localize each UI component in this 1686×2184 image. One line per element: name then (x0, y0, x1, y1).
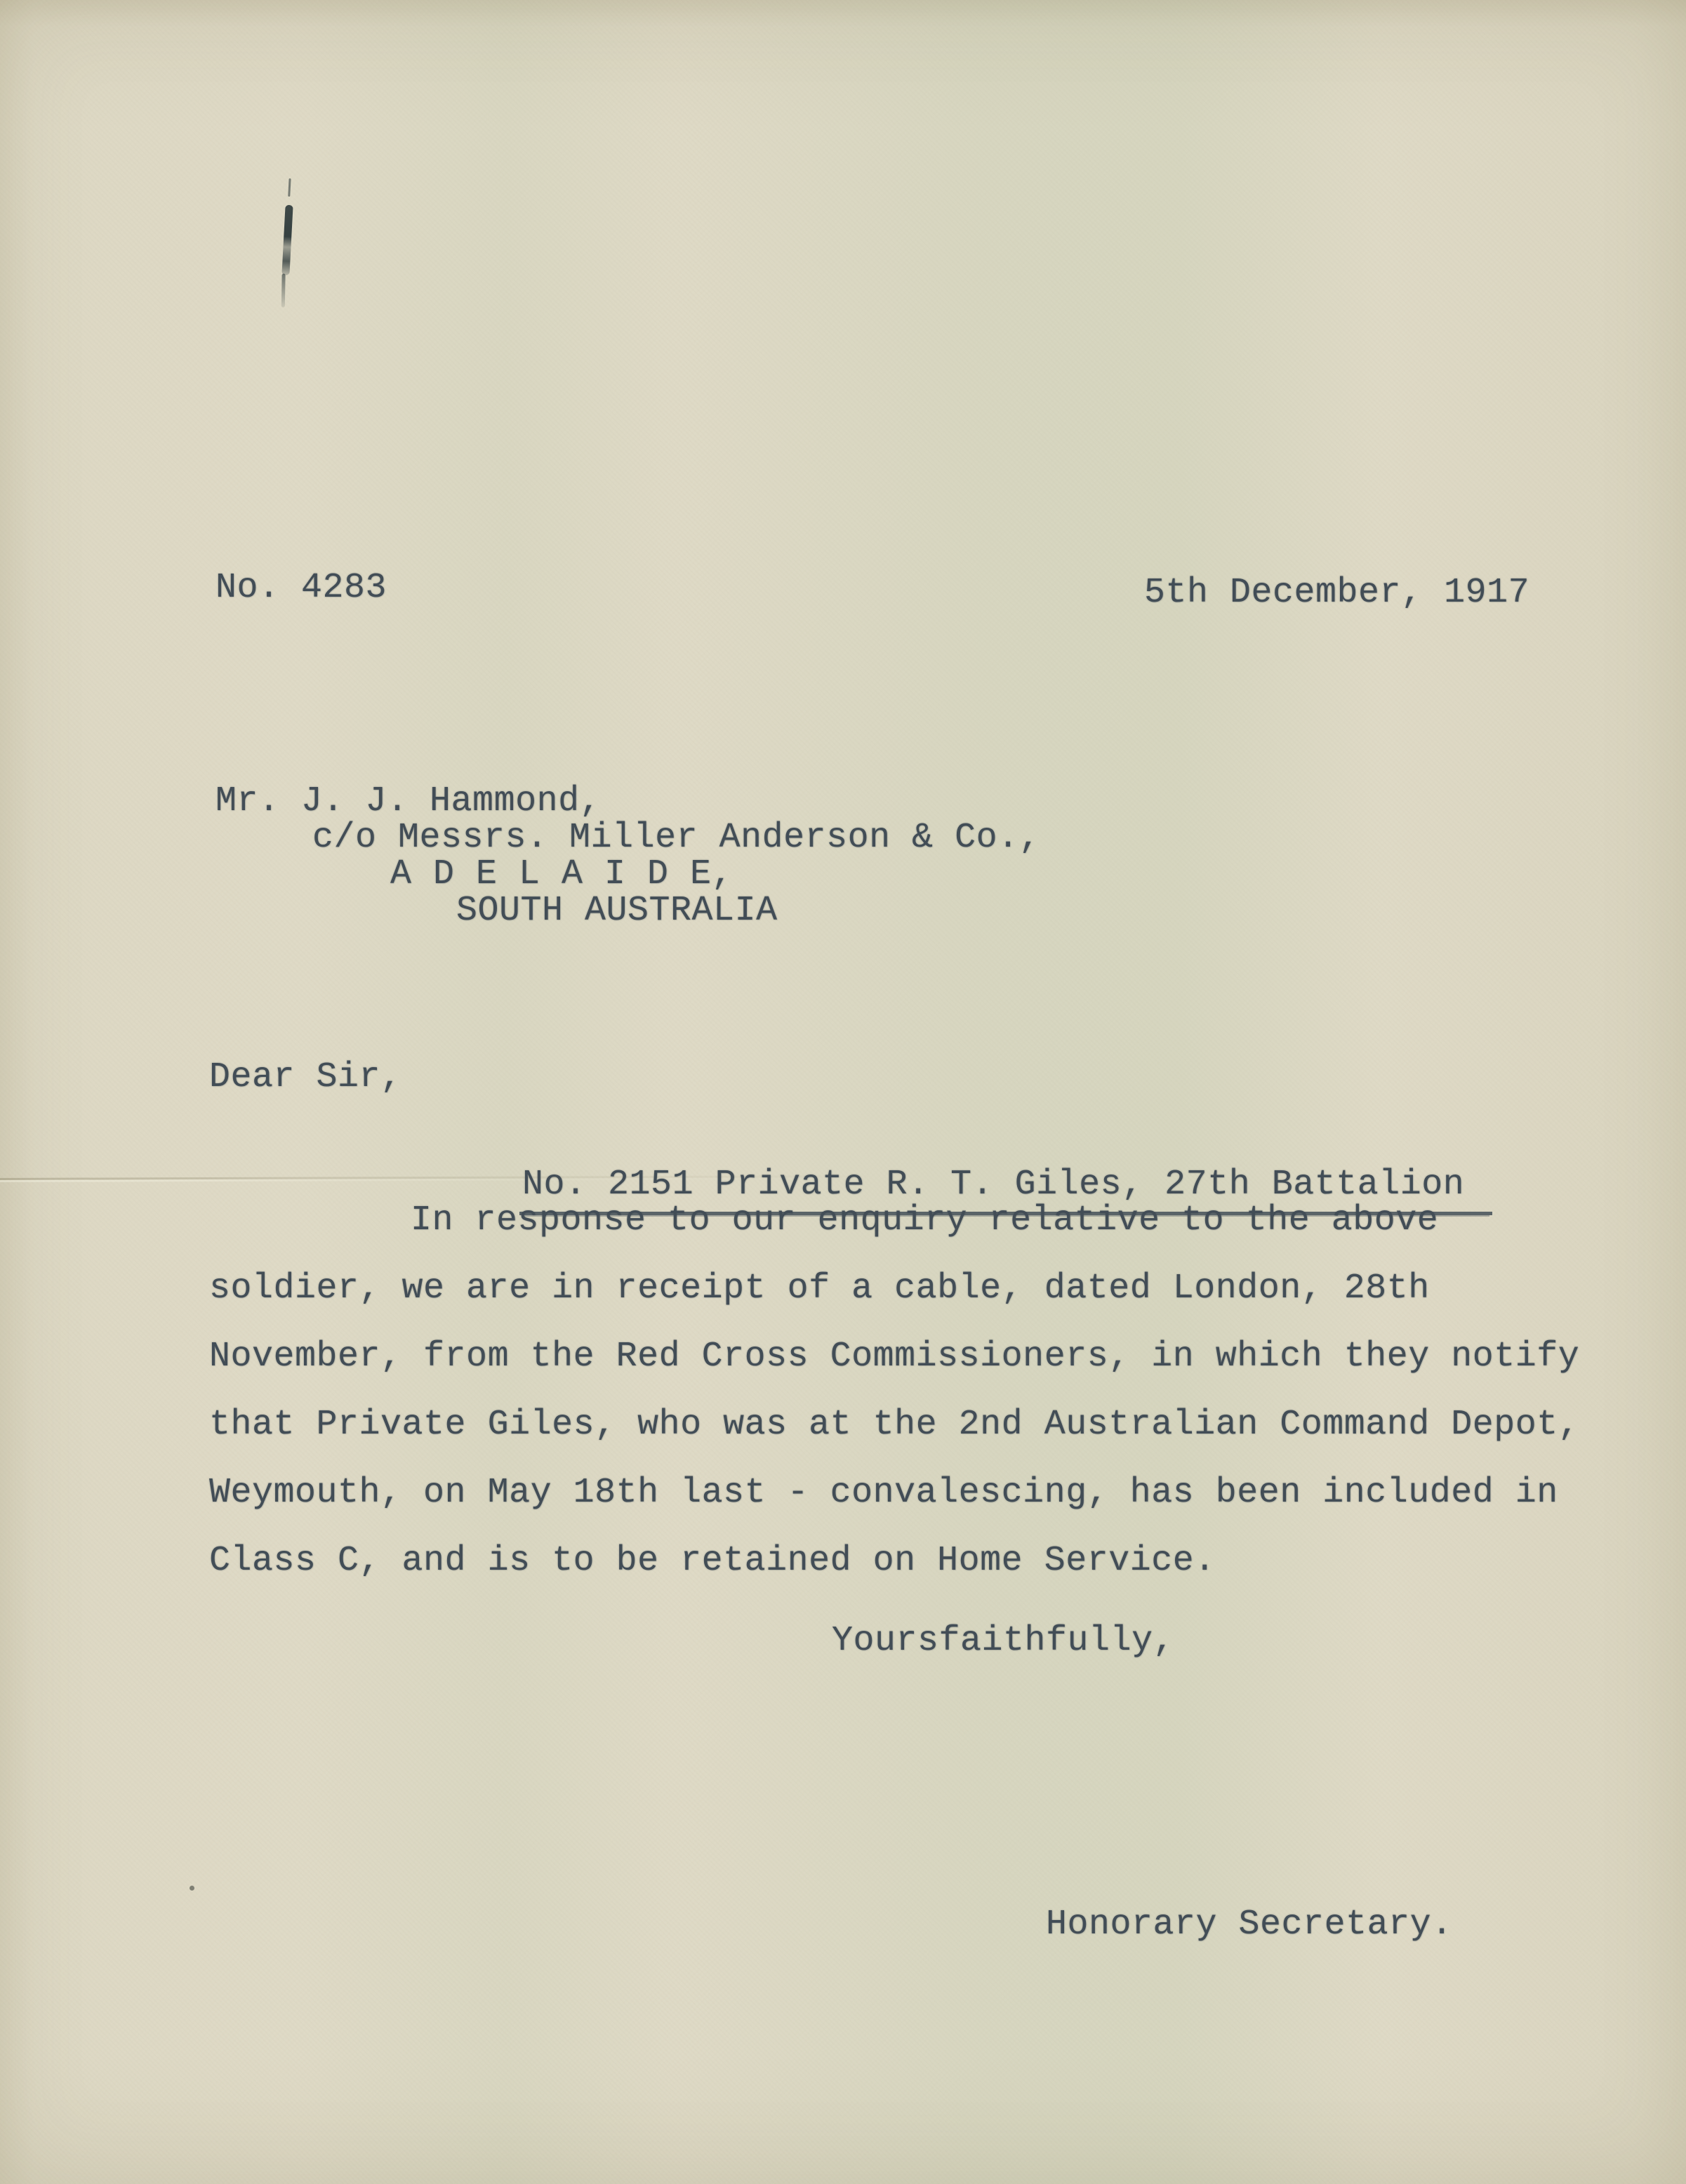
body-line: Class C, and is to be retained on Home S… (209, 1527, 1579, 1595)
letter-body: In response to our enquiry relative to t… (209, 1186, 1579, 1595)
letter-page: No. 4283 5th December, 1917 Mr. J. J. Ha… (0, 0, 1686, 2184)
body-line: November, from the Red Cross Commissione… (209, 1323, 1579, 1391)
recipient-state: SOUTH AUSTRALIA (456, 890, 1686, 927)
body-line: In response to our enquiry relative to t… (209, 1186, 1579, 1255)
closing: Yoursfaithfully, (832, 1620, 1174, 1662)
recipient-care-of: c/o Messrs. Miller Anderson & Co., (312, 817, 1686, 854)
letter-date: 5th December, 1917 (1144, 572, 1529, 614)
body-line: that Private Giles, who was at the 2nd A… (209, 1391, 1579, 1459)
body-line: soldier, we are in receipt of a cable, d… (209, 1255, 1579, 1323)
reference-number: No. 4283 (215, 567, 387, 609)
recipient-city: A D E L A I D E, (390, 854, 1686, 890)
paper-speck (190, 1886, 194, 1891)
recipient-address: Mr. J. J. Hammond, c/o Messrs. Miller An… (0, 781, 1686, 927)
ink-mark (281, 205, 293, 275)
body-line: Weymouth, on May 18th last - convalescin… (209, 1459, 1579, 1527)
signature-title: Honorary Secretary. (1046, 1904, 1453, 1946)
salutation: Dear Sir, (209, 1057, 402, 1099)
recipient-name: Mr. J. J. Hammond, (215, 781, 1686, 817)
